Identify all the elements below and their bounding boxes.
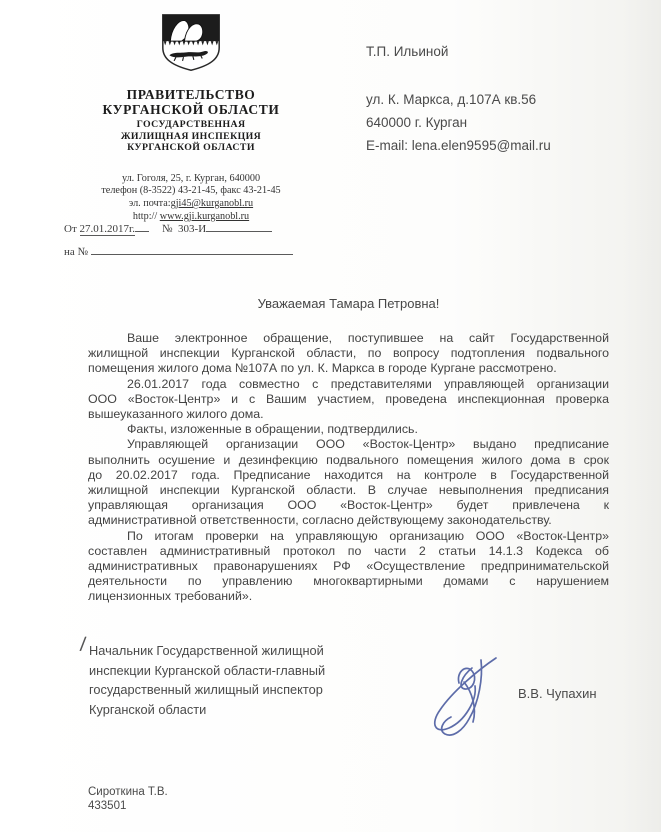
org-subdivision-line: ЖИЛИЩНАЯ ИНСПЕКЦИЯ <box>55 131 327 143</box>
body-line: выполнить осушение и дезинфекцию подваль… <box>88 453 609 468</box>
recipient-email: E-mail: lena.elen9595@mail.ru <box>366 134 551 157</box>
body-line: жилищной инспекции Курганской области, п… <box>88 346 609 361</box>
blank-underline <box>135 220 149 232</box>
kurgan-coat-of-arms-icon <box>155 12 227 74</box>
body-line: административной ответственности, соглас… <box>88 513 609 528</box>
body-line: ООО «Восток-Центр» и с Вашим участием, п… <box>88 392 609 407</box>
letterhead: ПРАВИТЕЛЬСТВОКУРГАНСКОЙ ОБЛАСТИ ГОСУДАРС… <box>55 12 327 223</box>
body-line: 26.01.2017 года совместно с представител… <box>88 377 609 392</box>
signer-title-line: инспекции Курганской области-главный <box>89 661 379 681</box>
body-line: По итогам проверки на управляющую органи… <box>88 529 609 544</box>
org-name-line: КУРГАНСКОЙ ОБЛАСТИ <box>55 102 327 117</box>
executor-block: Сироткина Т.В. 433501 <box>88 786 168 813</box>
org-email-line: эл. почта:gji45@kurganobl.ru <box>55 198 327 211</box>
recipient-block: Т.П. Ильиной ул. К. Маркса, д.107А кв.56… <box>366 44 551 157</box>
org-email-label: эл. почта: <box>129 198 171 209</box>
recipient-address: ул. К. Маркса, д.107А кв.56 <box>366 88 551 111</box>
signer-title-line: Начальник Государственной жилищной <box>89 641 379 661</box>
ref-number-label: № <box>162 223 173 235</box>
body-line: лицензионных требований». <box>88 589 609 604</box>
org-contact-block: ул. Гоголя, 25, г. Курган, 640000 телефо… <box>55 173 327 223</box>
org-name-line: ПРАВИТЕЛЬСТВО <box>55 87 327 102</box>
org-email-link: gji45@kurganobl.ru <box>171 198 253 209</box>
reply-to-label: на № <box>64 246 88 258</box>
body-line: Управляющей организации ООО «Восток-Цент… <box>88 437 609 452</box>
body-line: Ваше электронное обращение, поступившее … <box>88 331 609 346</box>
body-line: административных правонарушениях РФ «Осу… <box>88 559 609 574</box>
signer-title-block: / Начальник Государственной жилищнойинсп… <box>89 641 379 719</box>
org-subdivision-name: ГОСУДАРСТВЕННАЯЖИЛИЩНАЯ ИНСПЕКЦИЯКУРГАНС… <box>55 119 327 154</box>
blank-underline <box>91 243 293 255</box>
ref-from-label: От <box>64 223 77 235</box>
org-subdivision-line: КУРГАНСКОЙ ОБЛАСТИ <box>55 142 327 154</box>
org-postal-address: ул. Гоголя, 25, г. Курган, 640000 <box>55 173 327 186</box>
org-phone-fax: телефон (8-3522) 43-21-45, факс 43-21-45 <box>55 185 327 198</box>
reply-to-ref-line: на № <box>64 243 293 258</box>
salutation: Уважаемая Тамара Петровна! <box>88 296 609 311</box>
body-line: управляющая организация ООО «Восток-Цент… <box>88 498 609 513</box>
org-name: ПРАВИТЕЛЬСТВОКУРГАНСКОЙ ОБЛАСТИ <box>55 87 327 117</box>
body-line: деятельности по управлению многоквартирн… <box>88 574 609 589</box>
executor-phone: 433501 <box>88 800 168 814</box>
ref-number: 303-И <box>178 223 206 235</box>
scanned-letter-page: ПРАВИТЕЛЬСТВОКУРГАНСКОЙ ОБЛАСТИ ГОСУДАРС… <box>0 0 661 832</box>
body-line: помещения жилого дома №107А по ул. К. Ма… <box>88 361 609 376</box>
body-line: Факты, изложенные в обращении, подтверди… <box>88 422 609 437</box>
signer-name: В.В. Чупахин <box>518 686 597 701</box>
signer-title-line: Курганской области <box>89 700 379 720</box>
blank-underline <box>206 220 272 232</box>
signer-title-line: государственный жилищный инспектор <box>89 680 379 700</box>
signer-title: Начальник Государственной жилищнойинспек… <box>89 641 379 719</box>
executor-name: Сироткина Т.В. <box>88 786 168 800</box>
recipient-name: Т.П. Ильиной <box>366 44 551 59</box>
recipient-city: 640000 г. Курган <box>366 111 551 134</box>
body-line: вышеуказанного жилого дома. <box>88 407 609 422</box>
handwritten-slash-mark: / <box>79 636 87 656</box>
outgoing-ref-line: От 27.01.2017г.№ 303-И <box>64 220 272 235</box>
body-line: до 20.02.2017 года. Предписание находитс… <box>88 468 609 483</box>
letter-body: Ваше электронное обращение, поступившее … <box>88 331 609 605</box>
handwritten-signature <box>420 650 520 745</box>
body-line: составлен административный протокол по ч… <box>88 544 609 559</box>
body-line: жилищной инспекции Курганской области. В… <box>88 483 609 498</box>
org-subdivision-line: ГОСУДАРСТВЕННАЯ <box>55 119 327 131</box>
ref-date: 27.01.2017г. <box>80 223 136 236</box>
